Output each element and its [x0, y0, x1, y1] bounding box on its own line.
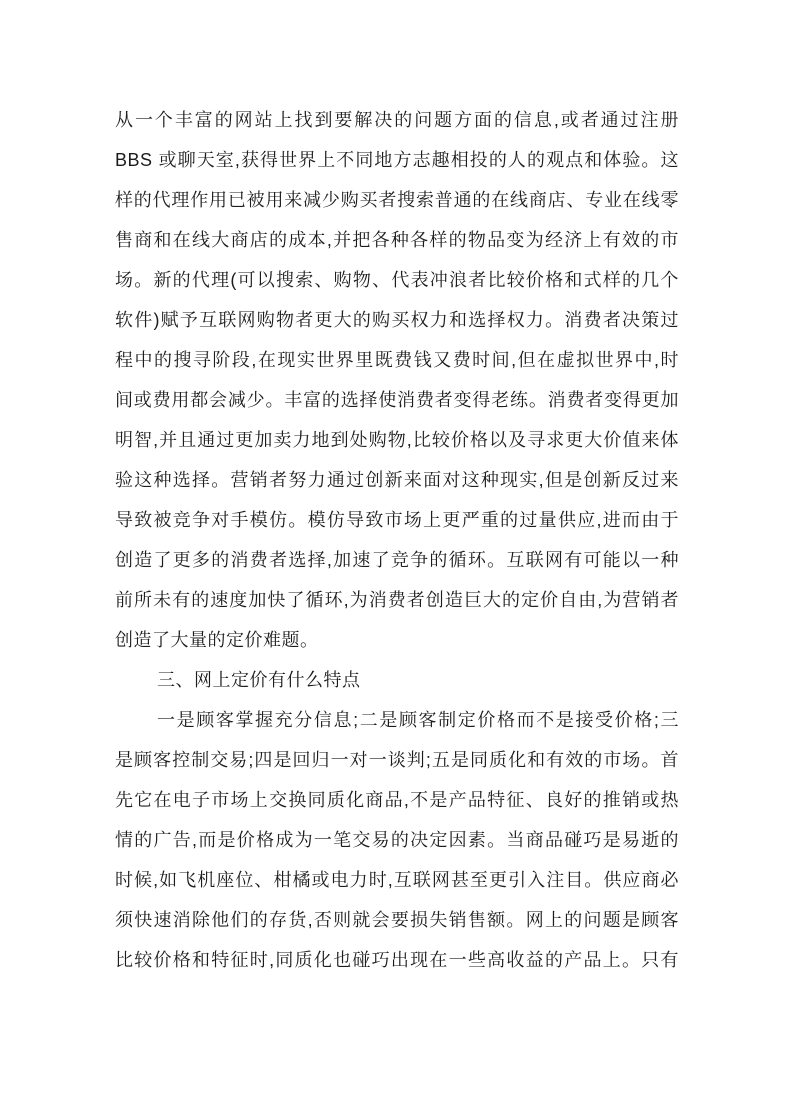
text-line: 场。新的代理(可以搜索、购物、代表冲浪者比较价格和式样的几个 — [115, 260, 679, 300]
text-line: 一是顾客掌握充分信息;二是顾客制定价格而不是接受价格;三 — [115, 700, 679, 740]
text-line: 是顾客控制交易;四是回归一对一谈判;五是同质化和有效的市场。首 — [115, 740, 679, 780]
section-heading: 三、网上定价有什么特点 — [115, 660, 679, 700]
text-line: 程中的搜寻阶段,在现实世界里既费钱又费时间,但在虚拟世界中,时 — [115, 340, 679, 380]
text-line: 售商和在线大商店的成本,并把各种各样的物品变为经济上有效的市 — [115, 220, 679, 260]
text-line: BBS 或聊天室,获得世界上不同地方志趣相投的人的观点和体验。这 — [115, 140, 679, 180]
text-line: 从一个丰富的网站上找到要解决的问题方面的信息,或者通过注册 — [115, 100, 679, 140]
document-text-block: 从一个丰富的网站上找到要解决的问题方面的信息,或者通过注册BBS 或聊天室,获得… — [115, 100, 679, 980]
text-line: 须快速消除他们的存货,否则就会要损失销售额。网上的问题是顾客 — [115, 900, 679, 940]
document-page: 从一个丰富的网站上找到要解决的问题方面的信息,或者通过注册BBS 或聊天室,获得… — [0, 0, 792, 1120]
text-line: 导致被竞争对手模仿。模仿导致市场上更严重的过量供应,进而由于 — [115, 500, 679, 540]
text-line: 样的代理作用已被用来减少购买者搜索普通的在线商店、专业在线零 — [115, 180, 679, 220]
text-line: 验这种选择。营销者努力通过创新来面对这种现实,但是创新反过来 — [115, 460, 679, 500]
text-line: 前所未有的速度加快了循环,为消费者创造巨大的定价自由,为营销者 — [115, 580, 679, 620]
text-line: 情的广告,而是价格成为一笔交易的决定因素。当商品碰巧是易逝的 — [115, 820, 679, 860]
text-line: 时候,如飞机座位、柑橘或电力时,互联网甚至更引入注目。供应商必 — [115, 860, 679, 900]
text-line: 比较价格和特征时,同质化也碰巧出现在一些高收益的产品上。只有 — [115, 940, 679, 980]
text-line: 软件)赋予互联网购物者更大的购买权力和选择权力。消费者决策过 — [115, 300, 679, 340]
text-line: 先它在电子市场上交换同质化商品,不是产品特征、良好的推销或热 — [115, 780, 679, 820]
text-line: 创造了更多的消费者选择,加速了竞争的循环。互联网有可能以一种 — [115, 540, 679, 580]
text-line: 间或费用都会减少。丰富的选择使消费者变得老练。消费者变得更加 — [115, 380, 679, 420]
text-line: 明智,并且通过更加卖力地到处购物,比较价格以及寻求更大价值来体 — [115, 420, 679, 460]
text-line: 创造了大量的定价难题。 — [115, 620, 679, 660]
